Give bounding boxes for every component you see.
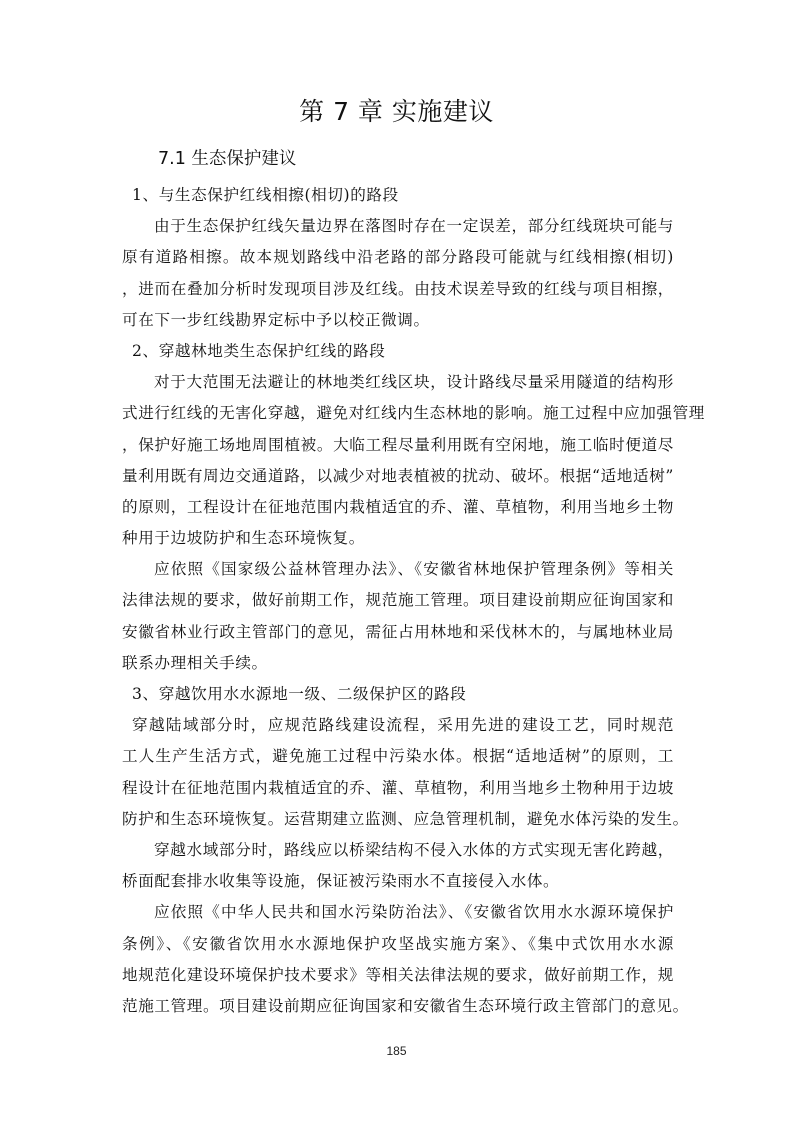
paragraph-line: ，进而在叠加分析时发现项目涉及红线。由技术误差导致的红线与项目相擦， [122, 274, 674, 305]
paragraph-line: ，保护好施工场地周围植被。大临工程尽量利用既有空闲地，施工临时便道尽 [122, 430, 674, 461]
section-title: 7.1 生态保护建议 [158, 145, 296, 170]
paragraph-line: 法律法规的要求，做好前期工作，规范施工管理。项目建设前期应征询国家和 [122, 585, 674, 616]
subheading-3: 3、穿越饮用水水源地一级、二级保护区的路段 [122, 679, 674, 710]
chapter-title: 第 7 章 实施建议 [0, 92, 793, 128]
paragraph-line: 种用于边坡防护和生态环境恢复。 [122, 523, 674, 554]
paragraph-line: 量利用既有周边交通道路，以减少对地表植被的扰动、破坏。根据“适地适树” [122, 461, 674, 492]
paragraph-line: 穿越水域部分时，路线应以桥梁结构不侵入水体的方式实现无害化跨越， [122, 835, 674, 866]
paragraph-line: 地规范化建设环境保护技术要求》等相关法律法规的要求，做好前期工作，规 [122, 960, 674, 991]
subheading-1: 1、与生态保护红线相擦(相切)的路段 [122, 180, 674, 211]
paragraph-line: 工人生产生活方式，避免施工过程中污染水体。根据“适地适树”的原则，工 [122, 741, 674, 772]
paragraph-line: 应依照《中华人民共和国水污染防治法》、《安徽省饮用水水源环境保护 [122, 897, 674, 928]
paragraph-line: 式进行红线的无害化穿越，避免对红线内生态林地的影响。施工过程中应加强管理 [122, 398, 674, 429]
page-number: 185 [0, 1044, 793, 1058]
paragraph-line: 条例》、《安徽省饮用水水源地保护攻坚战实施方案》、《集中式饮用水水源 [122, 929, 674, 960]
paragraph-line: 程设计在征地范围内栽植适宜的乔、灌、草植物，利用当地乡土物种用于边坡 [122, 773, 674, 804]
paragraph-line: 可在下一步红线勘界定标中予以校正微调。 [122, 305, 674, 336]
paragraph-line: 对于大范围无法避让的林地类红线区块，设计路线尽量采用隧道的结构形 [122, 367, 674, 398]
paragraph-line: 的原则，工程设计在征地范围内栽植适宜的乔、灌、草植物，利用当地乡土物 [122, 492, 674, 523]
document-body: 1、与生态保护红线相擦(相切)的路段 由于生态保护红线矢量边界在落图时存在一定误… [122, 180, 674, 1022]
paragraph-line: 原有道路相擦。故本规划路线中沿老路的部分路段可能就与红线相擦(相切) [122, 242, 674, 273]
paragraph-line: 桥面配套排水收集等设施，保证被污染雨水不直接侵入水体。 [122, 866, 674, 897]
document-page: 第 7 章 实施建议 7.1 生态保护建议 1、与生态保护红线相擦(相切)的路段… [0, 0, 793, 1122]
paragraph-line: 防护和生态环境恢复。运营期建立监测、应急管理机制，避免水体污染的发生。 [122, 804, 674, 835]
subheading-2: 2、穿越林地类生态保护红线的路段 [122, 336, 674, 367]
paragraph-line: 范施工管理。项目建设前期应征询国家和安徽省生态环境行政主管部门的意见。 [122, 991, 674, 1022]
paragraph-line: 联系办理相关手续。 [122, 648, 674, 679]
paragraph-line: 安徽省林业行政主管部门的意见，需征占用林地和采伐林木的，与属地林业局 [122, 617, 674, 648]
paragraph-line: 由于生态保护红线矢量边界在落图时存在一定误差，部分红线斑块可能与 [122, 211, 674, 242]
paragraph-line: 穿越陆域部分时，应规范路线建设流程，采用先进的建设工艺，同时规范 [122, 710, 674, 741]
paragraph-line: 应依照《国家级公益林管理办法》、《安徽省林地保护管理条例》等相关 [122, 554, 674, 585]
